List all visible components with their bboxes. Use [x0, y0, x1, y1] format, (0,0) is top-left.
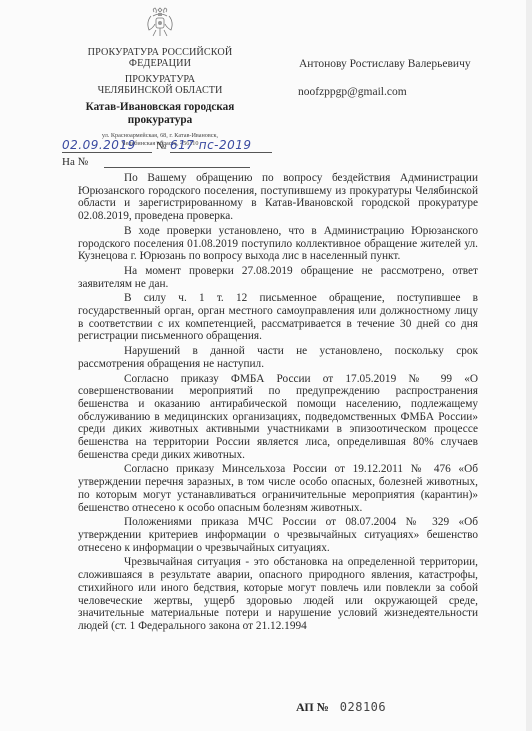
city-line-1: Катав-Ивановская городская [60, 101, 260, 114]
city-line-2: прокуратура [60, 114, 260, 127]
double-headed-eagle-emblem-icon [145, 4, 175, 44]
paragraph: Чрезвычайная ситуация - это обстановка н… [78, 556, 478, 632]
document-page: ПРОКУРАТУРА РОССИЙСКОЙ ФЕДЕРАЦИИ ПРОКУРА… [0, 0, 532, 731]
regional-line-2: ЧЕЛЯБИНСКОЙ ОБЛАСТИ [60, 85, 260, 96]
paragraph: В ходе проверки установлено, что в Админ… [78, 225, 478, 263]
reply-to-label: На № [62, 156, 88, 168]
paragraph: Положениями приказа МЧС России от 08.07.… [78, 516, 478, 554]
form-number-stamp: АП № 028106 [296, 700, 386, 715]
recipient-email: noofzppgp@gmail.com [298, 86, 407, 98]
letter-body: По Вашему обращению по вопросу бездейств… [78, 172, 478, 635]
regional-prosecutor-title: ПРОКУРАТУРА ЧЕЛЯБИНСКОЙ ОБЛАСТИ [60, 74, 260, 96]
registration-line: 02.09.2019 № 617 пс-2019 [62, 138, 272, 158]
outgoing-number: 617 пс-2019 [170, 138, 272, 153]
number-label: № [156, 140, 167, 152]
recipient-name: Антонову Ростиславу Валерьевичу [299, 58, 471, 70]
paragraph: Согласно приказу Минсельхоза России от 1… [78, 463, 478, 514]
scan-edge [526, 0, 532, 731]
paragraph: Согласно приказу ФМБА России от 17.05.20… [78, 373, 478, 462]
federal-prosecutor-title: ПРОКУРАТУРА РОССИЙСКОЙ ФЕДЕРАЦИИ [60, 47, 260, 69]
city-prosecutor-title: Катав-Ивановская городская прокуратура [60, 101, 260, 127]
paragraph: По Вашему обращению по вопросу бездейств… [78, 172, 478, 223]
reply-to-blank [104, 167, 250, 168]
paragraph: На момент проверки 27.08.2019 обращение … [78, 265, 478, 290]
regional-line-1: ПРОКУРАТУРА [60, 74, 260, 85]
letterhead: ПРОКУРАТУРА РОССИЙСКОЙ ФЕДЕРАЦИИ ПРОКУРА… [60, 4, 260, 148]
paragraph: В силу ч. 1 т. 12 письменное обращение, … [78, 292, 478, 343]
paragraph: Нарушений в данной части не установлено,… [78, 345, 478, 370]
form-label: АП № [296, 700, 329, 714]
outgoing-date: 02.09.2019 [62, 138, 152, 153]
form-number: 028106 [340, 700, 386, 714]
